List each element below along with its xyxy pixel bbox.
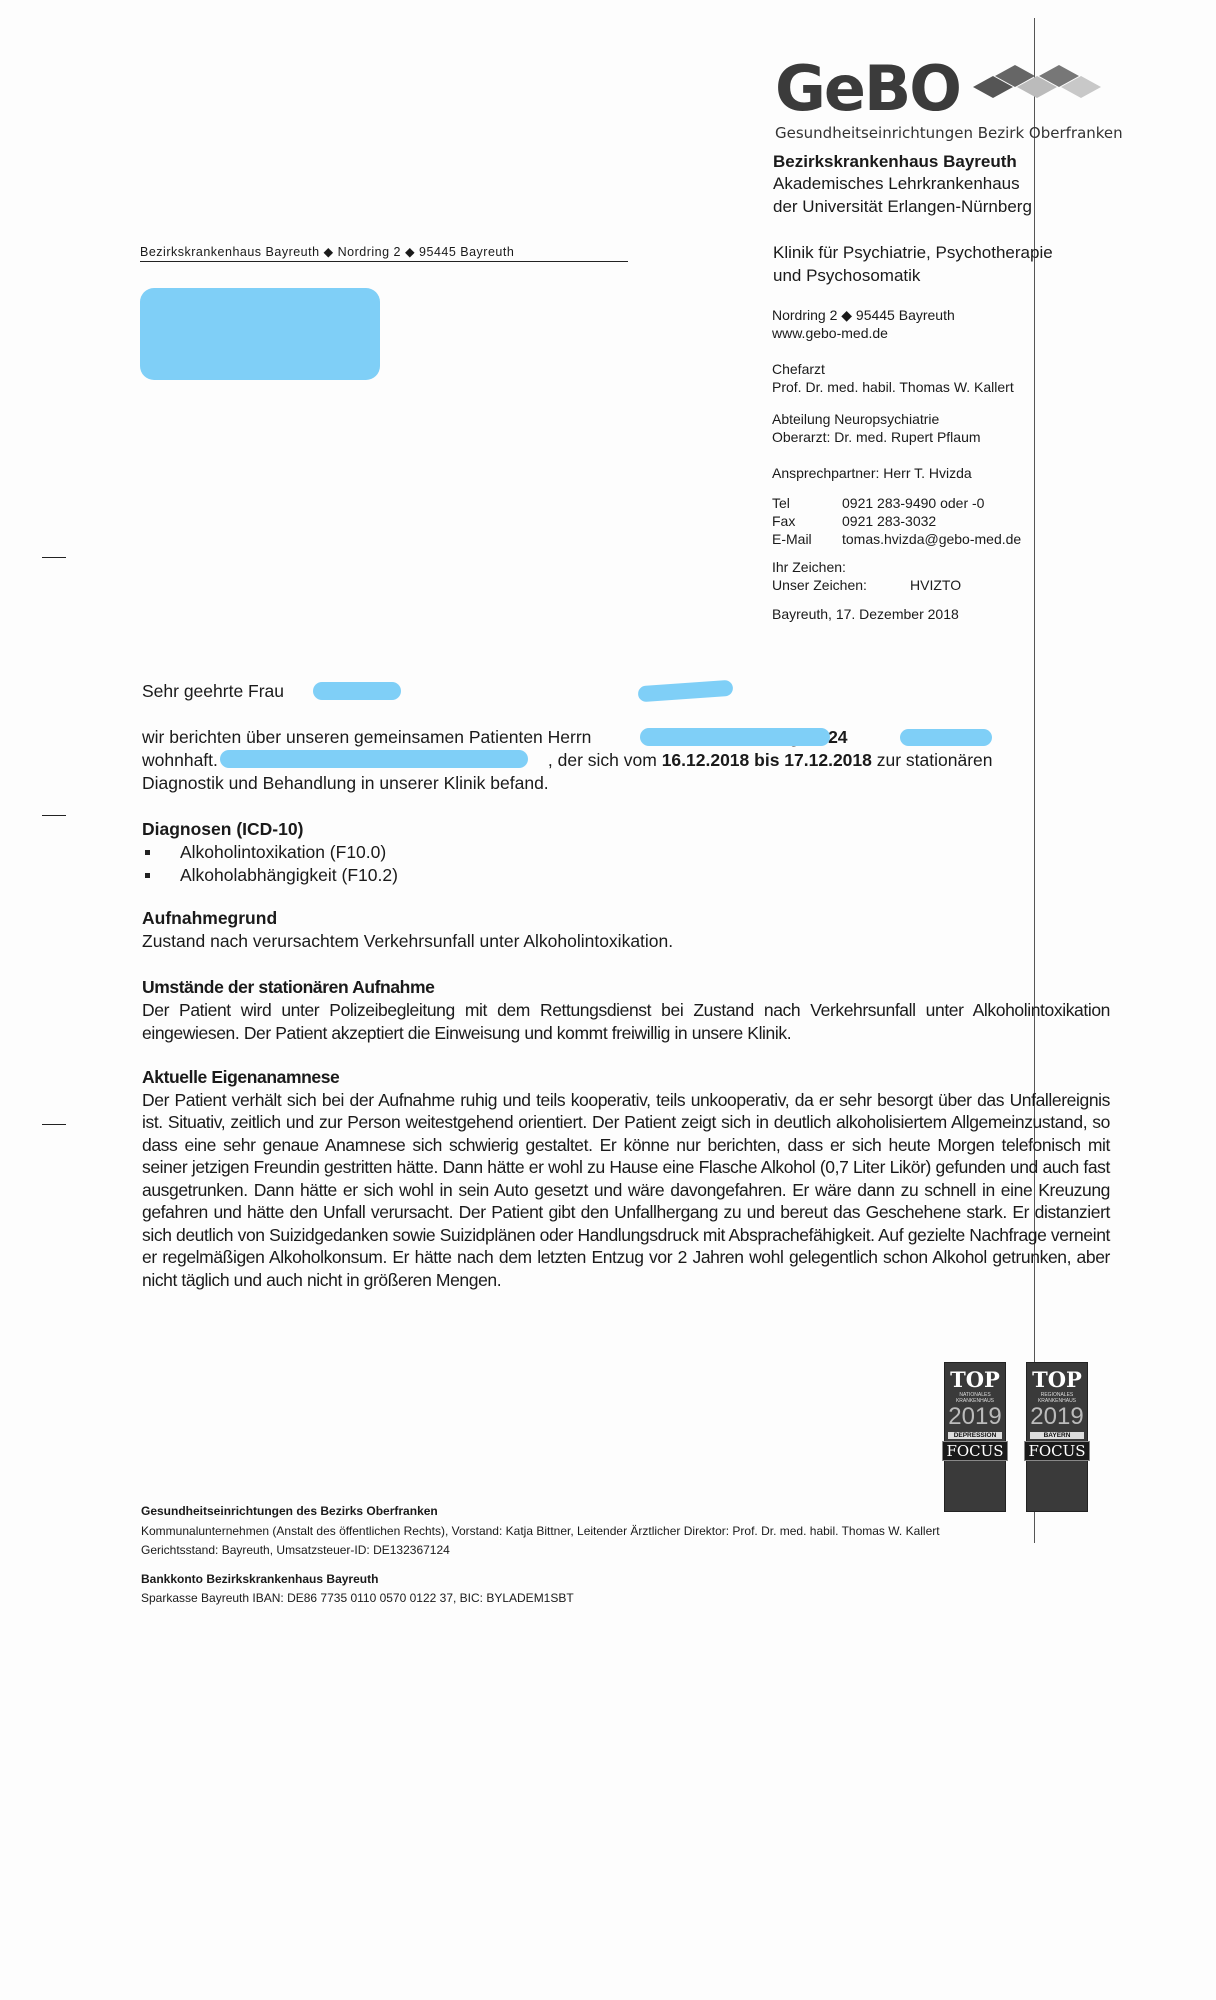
contact-fax: Fax0921 283-3032 bbox=[772, 512, 936, 530]
redacted-patient-name bbox=[640, 728, 830, 746]
department: Abteilung Neuropsychiatrie bbox=[772, 410, 939, 428]
redacted-patient-address bbox=[220, 750, 528, 768]
our-reference: Unser Zeichen:HVIZTO bbox=[772, 576, 961, 594]
circumstances-text: Der Patient wird unter Polizeibegleitung… bbox=[142, 999, 1110, 1045]
clinic-address: Nordring 2 ◆ 95445 Bayreuth bbox=[772, 306, 955, 324]
contact-person: Ansprechpartner: Herr T. Hvizda bbox=[772, 464, 972, 482]
anamnesis-title: Aktuelle Eigenanamnese bbox=[142, 1066, 1110, 1089]
diagnoses-list: Alkoholintoxikation (F10.0) Alkoholabhän… bbox=[142, 841, 1117, 887]
diagnoses-title: Diagnosen (ICD-10) bbox=[142, 818, 1117, 841]
clinic-line2: und Psychosomatik bbox=[773, 266, 920, 286]
redacted-recipient-address bbox=[140, 288, 380, 380]
chief-label: Chefarzt bbox=[772, 360, 825, 378]
redacted-recipient-name bbox=[313, 682, 401, 700]
footer-org-line1: Kommunalunternehmen (Anstalt des öffentl… bbox=[141, 1522, 940, 1540]
hospital-line3: der Universität Erlangen-Nürnberg bbox=[773, 197, 1032, 217]
anamnesis-text: Der Patient verhält sich bei der Aufnahm… bbox=[142, 1089, 1110, 1292]
fold-mark bbox=[42, 557, 66, 558]
gebo-logo: GeBO bbox=[775, 58, 960, 120]
diagnosis-item: Alkoholintoxikation (F10.0) bbox=[142, 841, 1117, 864]
diagnoses-section: Diagnosen (ICD-10) Alkoholintoxikation (… bbox=[142, 818, 1117, 887]
diagnosis-item: Alkoholabhängigkeit (F10.2) bbox=[142, 864, 1117, 887]
hospital-line2: Akademisches Lehrkrankenhaus bbox=[773, 174, 1020, 194]
clinic-website[interactable]: www.gebo-med.de bbox=[772, 324, 888, 342]
contact-tel: Tel0921 283-9490 oder -0 bbox=[772, 494, 984, 512]
footer-bank-title: Bankkonto Bezirkskrankenhaus Bayreuth bbox=[141, 1570, 378, 1588]
chief-name: Prof. Dr. med. habil. Thomas W. Kallert bbox=[772, 378, 1014, 396]
footer-bank-line: Sparkasse Bayreuth IBAN: DE86 7735 0110 … bbox=[141, 1589, 574, 1607]
footer-org-line2: Gerichtsstand: Bayreuth, Umsatzsteuer-ID… bbox=[141, 1541, 450, 1559]
clinic-line1: Klinik für Psychiatrie, Psychotherapie bbox=[773, 243, 1053, 263]
hospital-name: Bezirkskrankenhaus Bayreuth bbox=[773, 152, 1017, 172]
sender-line: Bezirkskrankenhaus Bayreuth ◆ Nordring 2… bbox=[140, 244, 628, 262]
logo-subtitle: Gesundheitseinrichtungen Bezirk Oberfran… bbox=[775, 124, 1123, 142]
reason-title: Aufnahmegrund bbox=[142, 907, 1117, 930]
diamond-logo-icon bbox=[973, 62, 1123, 112]
hole-mark bbox=[42, 1124, 66, 1125]
focus-top-badge-bayern: TOP REGIONALES KRANKENHAUS 2019 BAYERN F… bbox=[1026, 1362, 1088, 1512]
email-link[interactable]: tomas.hvizda@gebo-med.de bbox=[842, 531, 1021, 547]
circumstances-section: Umstände der stationären Aufnahme Der Pa… bbox=[142, 976, 1110, 1045]
your-reference: Ihr Zeichen: bbox=[772, 558, 846, 576]
anamnesis-section: Aktuelle Eigenanamnese Der Patient verhä… bbox=[142, 1066, 1110, 1291]
fold-mark bbox=[42, 815, 66, 816]
logo-brand: GeBO bbox=[775, 52, 960, 125]
salutation: Sehr geehrte Frau, bbox=[142, 680, 1117, 703]
senior-physician: Oberarzt: Dr. med. Rupert Pflaum bbox=[772, 428, 981, 446]
contact-email: E-Mailtomas.hvizda@gebo-med.de bbox=[772, 530, 1021, 548]
redacted-birthdate bbox=[900, 729, 992, 746]
reason-text: Zustand nach verursachtem Verkehrsunfall… bbox=[142, 930, 1117, 953]
circumstances-title: Umstände der stationären Aufnahme bbox=[142, 976, 1110, 999]
footer-org-title: Gesundheitseinrichtungen des Bezirks Obe… bbox=[141, 1502, 438, 1520]
focus-top-badge-depression: TOP NATIONALES KRANKENHAUS 2019 DEPRESSI… bbox=[944, 1362, 1006, 1512]
reason-section: Aufnahmegrund Zustand nach verursachtem … bbox=[142, 907, 1117, 953]
place-date: Bayreuth, 17. Dezember 2018 bbox=[772, 605, 959, 623]
